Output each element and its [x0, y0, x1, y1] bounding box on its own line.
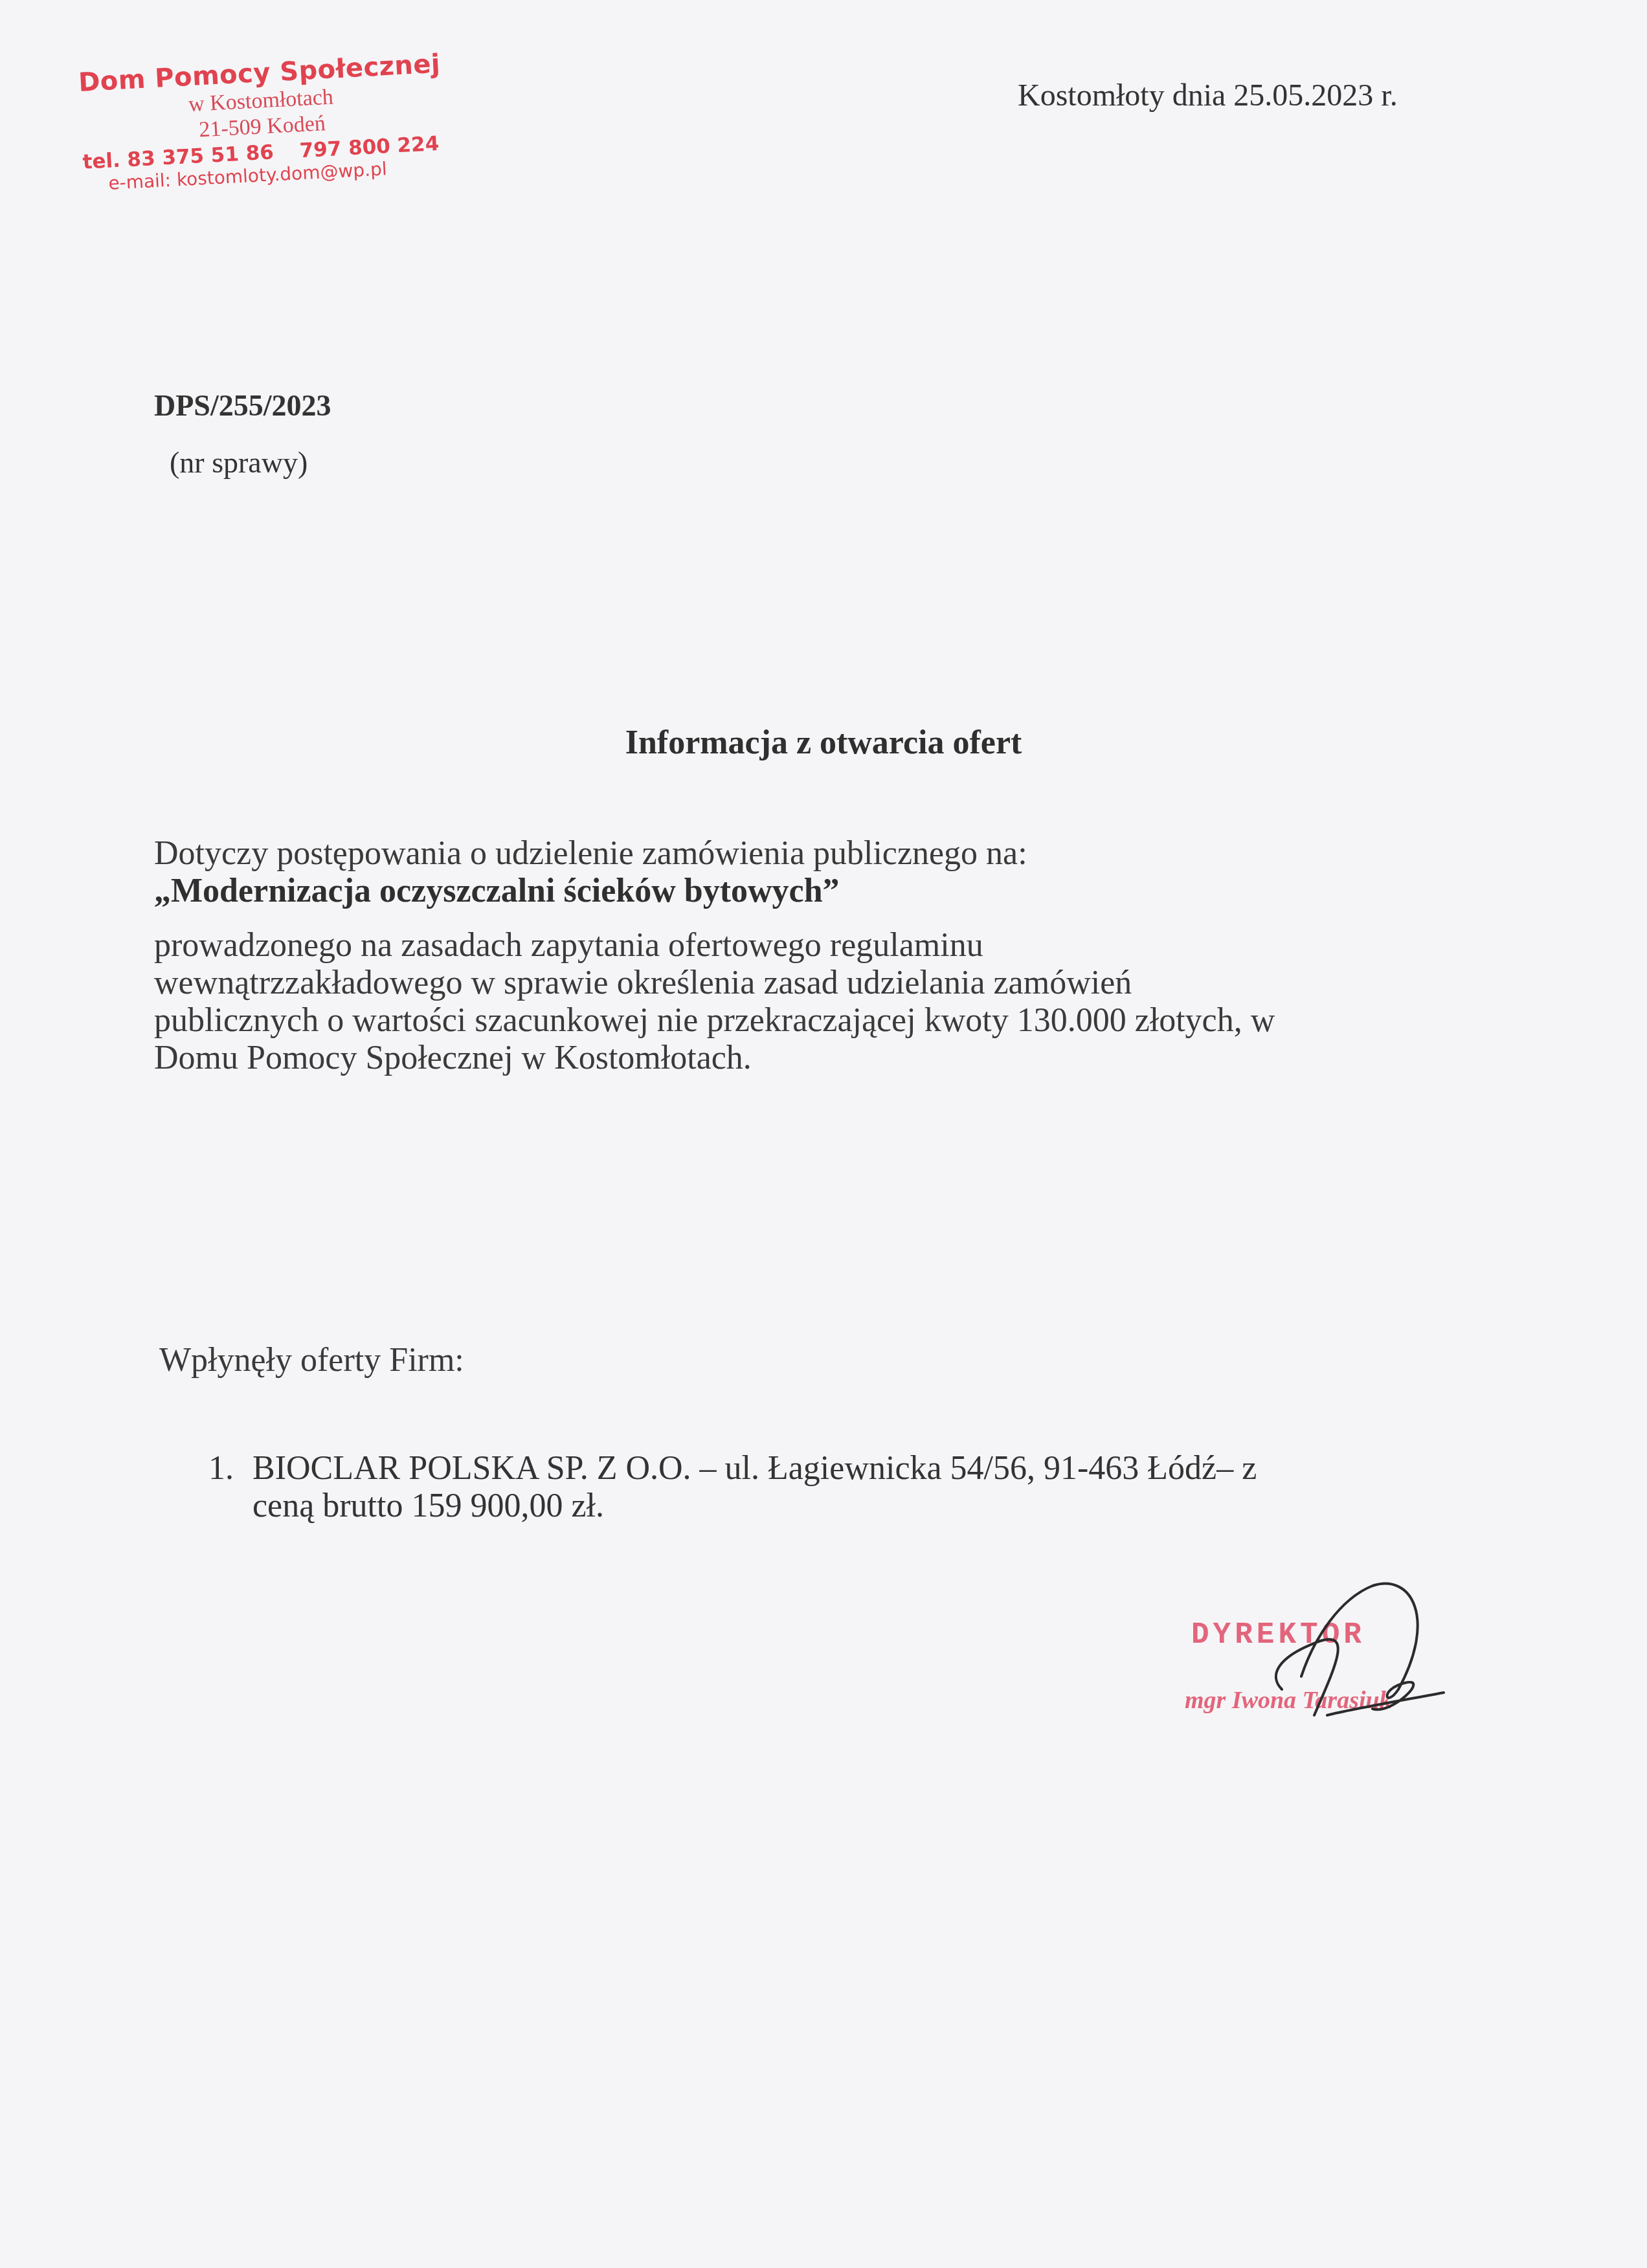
director-signature-stamp: DYREKTOR mgr Iwona Tarasiuk [1185, 1605, 1457, 1735]
document-title: Informacja z otwarcia ofert [0, 724, 1647, 762]
document-body: Dotyczy postępowania o udzielenie zamówi… [154, 835, 1481, 1077]
offer-company: BIOCLAR POLSKA SP. Z O.O. – ul. Łagiewni… [252, 1450, 1257, 1487]
institution-stamp: Dom Pomocy Społecznej w Kostomłotach 21-… [78, 49, 447, 195]
body-line: publicznych o wartości szacunkowej nie p… [154, 1002, 1481, 1039]
case-number-label: (nr sprawy) [170, 445, 308, 480]
offers-heading: Wpłynęły oferty Firm: [159, 1341, 464, 1379]
body-line: Domu Pomocy Społecznej w Kostomłotach. [154, 1039, 1481, 1077]
offers-list: 1.BIOCLAR POLSKA SP. Z O.O. – ul. Łagiew… [208, 1450, 1439, 1525]
case-number: DPS/255/2023 [154, 388, 331, 423]
body-line: prowadzonego na zasadach zapytania ofert… [154, 927, 1481, 964]
body-intro: Dotyczy postępowania o udzielenie zamówi… [154, 835, 1481, 873]
offer-price: ceną brutto 159 900,00 zł. [208, 1487, 1439, 1525]
offer-number: 1. [208, 1450, 252, 1487]
date-line: Kostomłoty dnia 25.05.2023 r. [1018, 78, 1398, 113]
offer-item: 1.BIOCLAR POLSKA SP. Z O.O. – ul. Łagiew… [208, 1450, 1439, 1525]
document-page: Dom Pomocy Społecznej w Kostomłotach 21-… [0, 0, 1647, 2268]
handwritten-signature-icon [1185, 1560, 1457, 1741]
body-line: wewnątrzzakładowego w sprawie określenia… [154, 964, 1481, 1002]
procurement-subject: „Modernizacja oczyszczalni ścieków bytow… [154, 873, 1481, 910]
